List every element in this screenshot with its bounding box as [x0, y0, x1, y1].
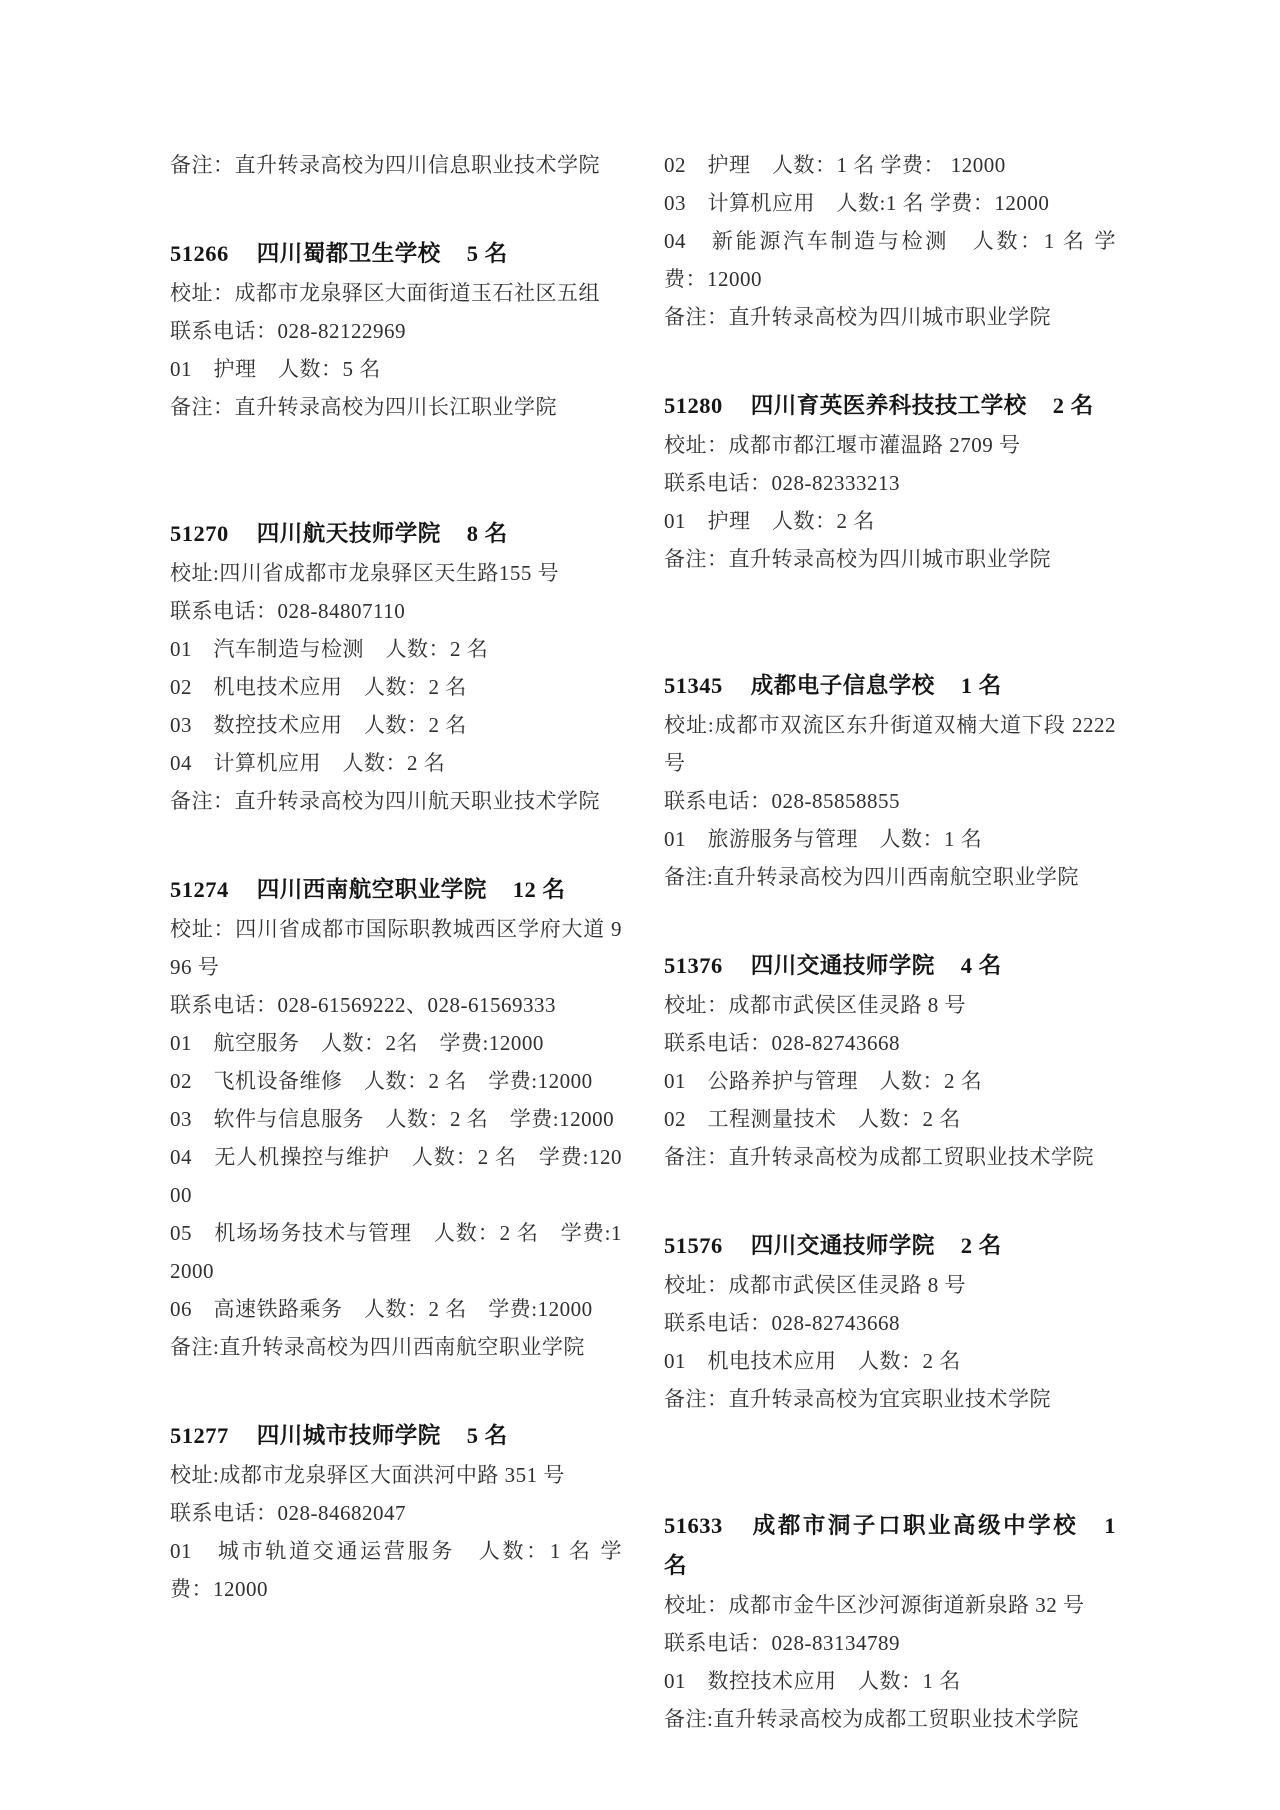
school-address: 校址：成都市武侯区佳灵路 8 号 [664, 986, 1116, 1024]
school-entry: 51345成都电子信息学校1 名校址:成都市双流区东升街道双楠大道下段 2222… [664, 666, 1116, 896]
school-header: 51274四川西南航空职业学院12 名 [170, 870, 622, 910]
major-line: 01 城市轨道交通运营服务 人数：1 名 学费：12000 [170, 1532, 622, 1608]
school-entry: 51274四川西南航空职业学院12 名校址：四川省成都市国际职教城西区学府大道 … [170, 870, 622, 1366]
school-name: 四川蜀都卫生学校 [257, 241, 441, 266]
school-entry: 51277四川城市技师学院5 名校址:成都市龙泉驿区大面洪河中路 351 号联系… [170, 1416, 622, 1608]
school-quota: 4 名 [961, 953, 1002, 978]
continuation-line: 备注：直升转录高校为四川信息职业技术学院 [170, 146, 622, 184]
school-note: 备注:直升转录高校为四川西南航空职业学院 [664, 858, 1116, 896]
school-note: 备注：直升转录高校为四川长江职业学院 [170, 388, 622, 426]
school-header: 51270四川航天技师学院8 名 [170, 514, 622, 554]
school-header: 51280四川育英医养科技技工学校2 名 [664, 386, 1116, 426]
school-name: 成都电子信息学校 [751, 673, 935, 698]
school-phone: 联系电话：028-82743668 [664, 1304, 1116, 1342]
school-code: 51274 [170, 877, 229, 902]
school-code: 51277 [170, 1423, 229, 1448]
school-name: 四川城市技师学院 [257, 1423, 441, 1448]
entry-spacer [170, 820, 622, 870]
continuation-line: 02 护理 人数：1 名 学费： 12000 [664, 146, 1116, 184]
school-quota: 5 名 [467, 1423, 508, 1448]
major-line: 01 公路养护与管理 人数：2 名 [664, 1062, 1116, 1100]
school-address: 校址：四川省成都市国际职教城西区学府大道 996 号 [170, 910, 622, 986]
school-header: 51633成都市洞子口职业高级中学校1 名 [664, 1506, 1116, 1586]
school-note: 备注:直升转录高校为四川西南航空职业学院 [170, 1328, 622, 1366]
school-quota: 1 名 [961, 673, 1002, 698]
entry-spacer [664, 1418, 1116, 1506]
school-header: 51277四川城市技师学院5 名 [170, 1416, 622, 1456]
school-address: 校址：成都市金牛区沙河源街道新泉路 32 号 [664, 1586, 1116, 1624]
school-note: 备注：直升转录高校为四川城市职业学院 [664, 540, 1116, 578]
school-phone: 联系电话：028-85858855 [664, 782, 1116, 820]
school-note: 备注：直升转录高校为成都工贸职业技术学院 [664, 1138, 1116, 1176]
major-line: 01 数控技术应用 人数：1 名 [664, 1662, 1116, 1700]
major-line: 02 工程测量技术 人数：2 名 [664, 1100, 1116, 1138]
school-phone: 联系电话：028-84807110 [170, 592, 622, 630]
major-line: 03 数控技术应用 人数：2 名 [170, 706, 622, 744]
continuation-line: 03 计算机应用 人数:1 名 学费：12000 [664, 184, 1116, 222]
major-line: 02 机电技术应用 人数：2 名 [170, 668, 622, 706]
entry-spacer [664, 578, 1116, 666]
entry-spacer [170, 426, 622, 514]
school-address: 校址:成都市龙泉驿区大面洪河中路 351 号 [170, 1456, 622, 1494]
entry-spacer [664, 896, 1116, 946]
school-code: 51270 [170, 521, 229, 546]
school-quota: 2 名 [961, 1233, 1002, 1258]
major-line: 01 航空服务 人数：2名 学费:12000 [170, 1024, 622, 1062]
school-name: 四川交通技师学院 [751, 1233, 935, 1258]
school-quota: 8 名 [467, 521, 508, 546]
document-page: 备注：直升转录高校为四川信息职业技术学院51266四川蜀都卫生学校5 名校址：成… [0, 0, 1280, 1810]
school-note: 备注：直升转录高校为宜宾职业技术学院 [664, 1380, 1116, 1418]
major-line: 05 机场场务技术与管理 人数：2 名 学费:12000 [170, 1214, 622, 1290]
entry-spacer [170, 1366, 622, 1416]
school-code: 51576 [664, 1233, 723, 1258]
school-phone: 联系电话：028-82333213 [664, 464, 1116, 502]
school-quota: 12 名 [513, 877, 566, 902]
school-name: 四川航天技师学院 [257, 521, 441, 546]
school-phone: 联系电话：028-83134789 [664, 1624, 1116, 1662]
school-entry: 51280四川育英医养科技技工学校2 名校址：成都市都江堰市灌温路 2709 号… [664, 386, 1116, 578]
continuation-line: 04 新能源汽车制造与检测 人数：1 名 学费：12000 [664, 222, 1116, 298]
school-note: 备注：直升转录高校为四川航天职业技术学院 [170, 782, 622, 820]
major-line: 01 护理 人数：2 名 [664, 502, 1116, 540]
school-address: 校址：成都市龙泉驿区大面街道玉石社区五组 [170, 274, 622, 312]
major-line: 01 旅游服务与管理 人数：1 名 [664, 820, 1116, 858]
school-entry: 51266四川蜀都卫生学校5 名校址：成都市龙泉驿区大面街道玉石社区五组联系电话… [170, 234, 622, 426]
continuation-line: 备注：直升转录高校为四川城市职业学院 [664, 298, 1116, 336]
major-line: 04 计算机应用 人数：2 名 [170, 744, 622, 782]
school-name: 四川西南航空职业学院 [257, 877, 487, 902]
entry-spacer [664, 336, 1116, 386]
school-quota: 5 名 [467, 241, 508, 266]
school-header: 51345成都电子信息学校1 名 [664, 666, 1116, 706]
school-note: 备注:直升转录高校为成都工贸职业技术学院 [664, 1700, 1116, 1738]
school-code: 51633 [664, 1513, 723, 1538]
major-line: 01 护理 人数：5 名 [170, 350, 622, 388]
school-name: 四川育英医养科技技工学校 [751, 393, 1027, 418]
entry-spacer [664, 1176, 1116, 1226]
school-name: 成都市洞子口职业高级中学校 [751, 1513, 1079, 1538]
school-phone: 联系电话：028-82122969 [170, 312, 622, 350]
major-line: 02 飞机设备维修 人数：2 名 学费:12000 [170, 1062, 622, 1100]
school-entry: 51633成都市洞子口职业高级中学校1 名校址：成都市金牛区沙河源街道新泉路 3… [664, 1506, 1116, 1738]
school-code: 51266 [170, 241, 229, 266]
school-phone: 联系电话：028-82743668 [664, 1024, 1116, 1062]
column-right: 02 护理 人数：1 名 学费： 1200003 计算机应用 人数:1 名 学费… [664, 146, 1116, 1738]
major-line: 04 无人机操控与维护 人数：2 名 学费:12000 [170, 1138, 622, 1214]
school-name: 四川交通技师学院 [751, 953, 935, 978]
school-code: 51345 [664, 673, 723, 698]
school-address: 校址:四川省成都市龙泉驿区天生路155 号 [170, 554, 622, 592]
major-line: 01 汽车制造与检测 人数：2 名 [170, 630, 622, 668]
school-code: 51376 [664, 953, 723, 978]
school-address: 校址:成都市双流区东升街道双楠大道下段 2222 号 [664, 706, 1116, 782]
school-address: 校址：成都市武侯区佳灵路 8 号 [664, 1266, 1116, 1304]
school-quota: 2 名 [1053, 393, 1094, 418]
school-header: 51376四川交通技师学院4 名 [664, 946, 1116, 986]
column-left: 备注：直升转录高校为四川信息职业技术学院51266四川蜀都卫生学校5 名校址：成… [170, 146, 622, 1608]
school-header: 51576四川交通技师学院2 名 [664, 1226, 1116, 1266]
page-content: 备注：直升转录高校为四川信息职业技术学院51266四川蜀都卫生学校5 名校址：成… [0, 0, 1280, 1738]
school-entry: 51376四川交通技师学院4 名校址：成都市武侯区佳灵路 8 号联系电话：028… [664, 946, 1116, 1176]
school-entry: 51270四川航天技师学院8 名校址:四川省成都市龙泉驿区天生路155 号联系电… [170, 514, 622, 820]
entry-spacer [170, 184, 622, 234]
school-phone: 联系电话：028-84682047 [170, 1494, 622, 1532]
school-entry: 51576四川交通技师学院2 名校址：成都市武侯区佳灵路 8 号联系电话：028… [664, 1226, 1116, 1418]
school-address: 校址：成都市都江堰市灌温路 2709 号 [664, 426, 1116, 464]
school-header: 51266四川蜀都卫生学校5 名 [170, 234, 622, 274]
school-phone: 联系电话：028-61569222、028-61569333 [170, 986, 622, 1024]
major-line: 01 机电技术应用 人数：2 名 [664, 1342, 1116, 1380]
school-code: 51280 [664, 393, 723, 418]
major-line: 03 软件与信息服务 人数：2 名 学费:12000 [170, 1100, 622, 1138]
major-line: 06 高速铁路乘务 人数：2 名 学费:12000 [170, 1290, 622, 1328]
